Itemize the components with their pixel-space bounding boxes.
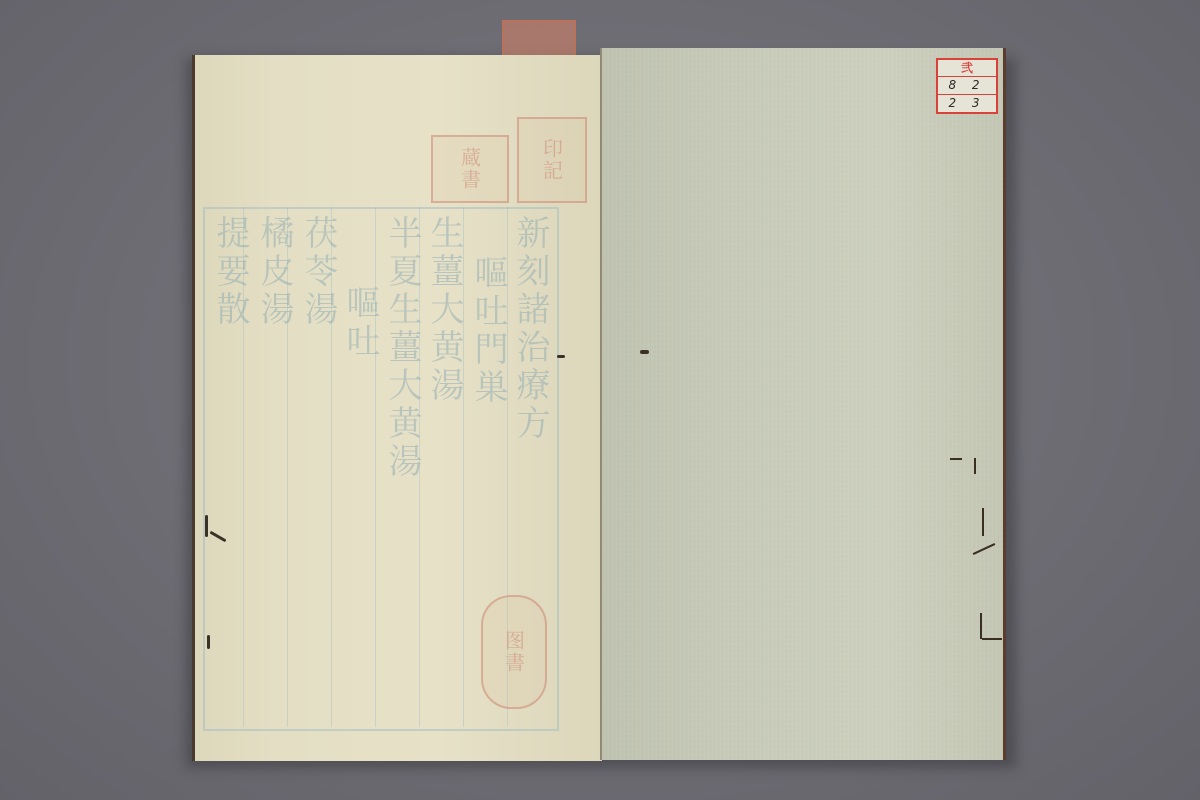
ghost-text-column: 嘔吐 [343, 285, 377, 361]
wormhole [973, 543, 996, 555]
label-volume: 弐 [938, 60, 996, 77]
wormhole [980, 613, 982, 639]
ghost-text-column: 新刻諸治療方 [513, 215, 547, 443]
ghost-text-column: 提要散 [213, 215, 247, 329]
wormhole [982, 638, 1002, 640]
faded-seal: 印記 [517, 117, 587, 203]
wormhole [982, 508, 984, 536]
ghost-text-column: 半夏生薑大黄湯 [385, 215, 419, 481]
right-page [602, 48, 1006, 760]
library-call-number-label: 弐 8 2 2 3 [936, 58, 998, 114]
wormhole [205, 515, 208, 537]
ghost-text-column: 嘔吐門巣 [471, 255, 505, 407]
wormhole [557, 355, 565, 358]
ghost-text-column: 橘皮湯 [257, 215, 291, 329]
faded-seal: 图書 [481, 595, 547, 709]
wormhole [974, 458, 976, 474]
label-number: 2 3 [938, 95, 996, 112]
label-number: 8 2 [938, 77, 996, 94]
ghost-text-column: 茯苓湯 [301, 215, 335, 329]
left-page: 新刻諸治療方 嘔吐門巣 生薑大黄湯 半夏生薑大黄湯 嘔吐 茯苓湯 橘皮湯 提要散… [192, 55, 602, 761]
wormhole [950, 458, 962, 460]
wormhole [207, 635, 210, 649]
ghost-text-column: 生薑大黄湯 [427, 215, 461, 405]
wormhole [640, 350, 649, 354]
faded-seal: 蔵書 [431, 135, 509, 203]
